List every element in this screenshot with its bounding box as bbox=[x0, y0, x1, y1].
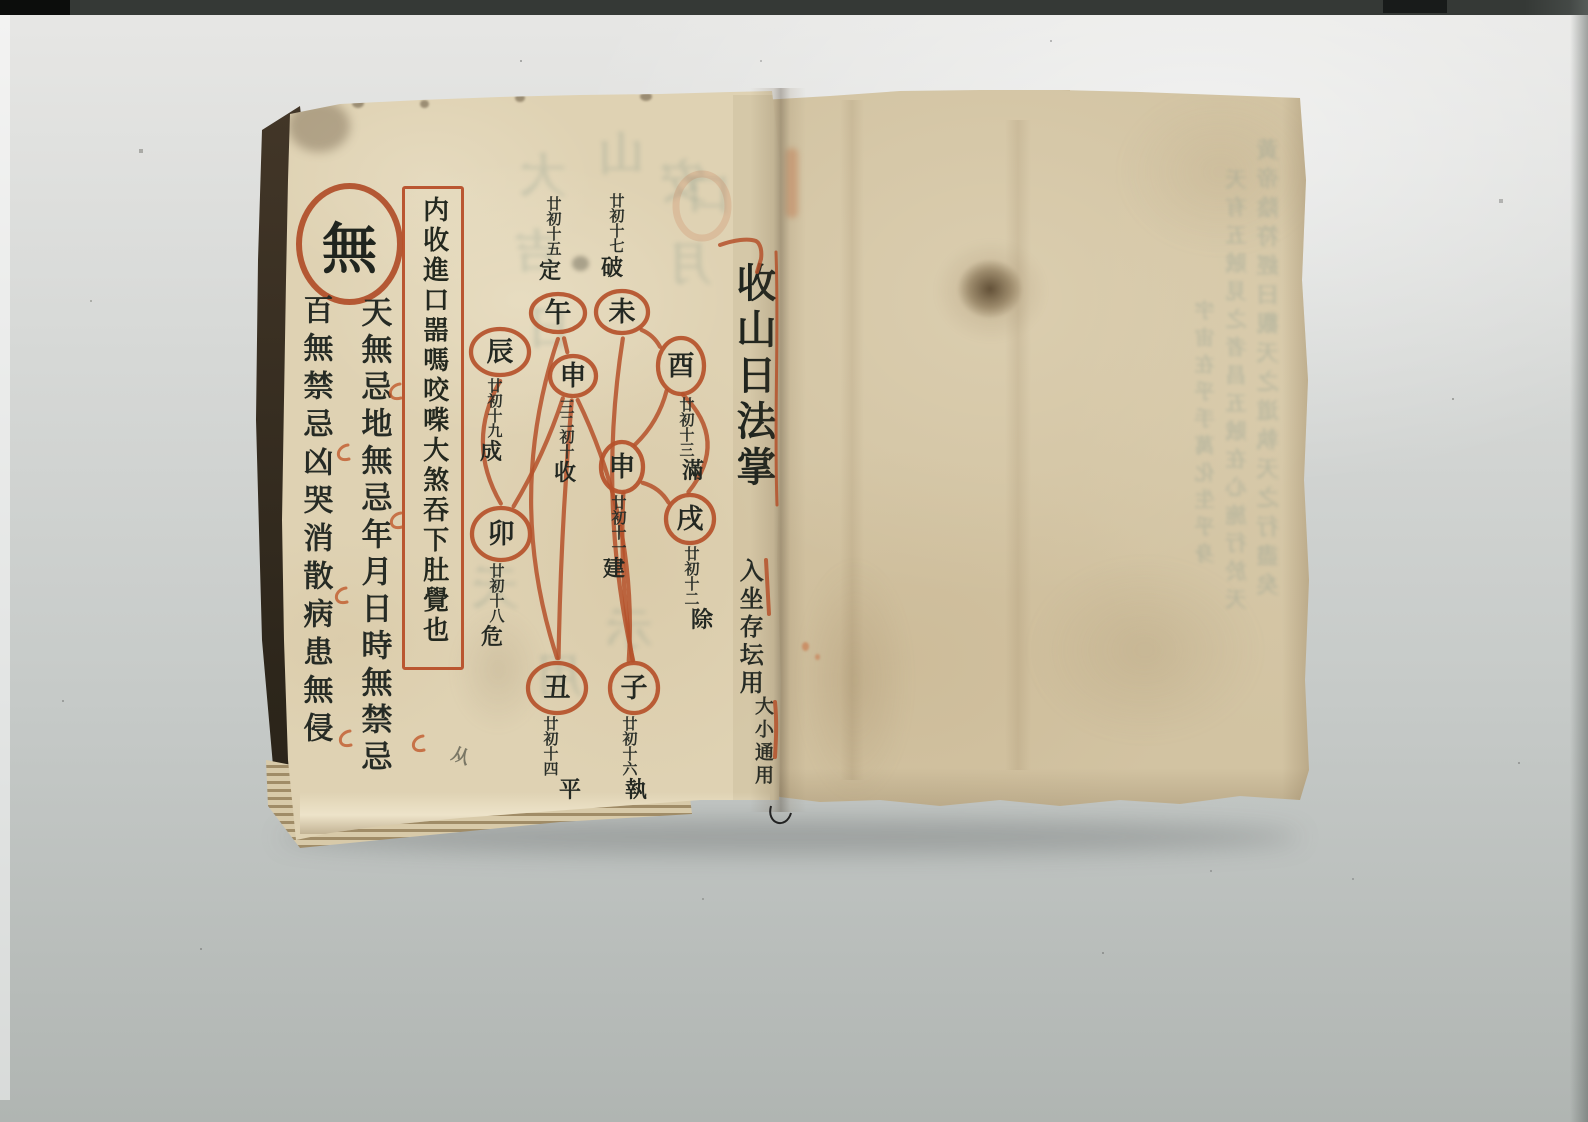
edge-spot bbox=[515, 94, 525, 102]
seal-circle: 無 bbox=[296, 183, 403, 305]
bleedthrough-column: 黃帝陰符經曰觀天之道執天之行盡矣 bbox=[1258, 138, 1281, 602]
scan-right-edge-shade bbox=[1570, 0, 1588, 1122]
bleedthrough-char: 大 bbox=[520, 140, 566, 206]
bleedthrough-column: 宇宙在乎手萬化生乎身 bbox=[1196, 300, 1217, 570]
stray-ink-mark: 从 bbox=[448, 740, 474, 771]
bleedthrough-char: 用 bbox=[536, 640, 582, 706]
dust-specks bbox=[0, 0, 2, 2]
bleedthrough-char: 月 bbox=[666, 228, 712, 294]
bleedthrough-char: 日 bbox=[526, 292, 572, 358]
bleedthrough-char: 示 bbox=[606, 594, 652, 660]
ink-smudge bbox=[572, 256, 589, 271]
paper-crease bbox=[840, 100, 864, 780]
scanner-top-band-blob bbox=[1383, 0, 1447, 13]
scan-left-edge-highlight bbox=[0, 15, 10, 1100]
book-gutter-shadow bbox=[750, 88, 806, 812]
edge-spot bbox=[640, 92, 652, 101]
bleedthrough-char: 山 bbox=[598, 118, 644, 184]
seal-character: 無 bbox=[322, 205, 377, 284]
bleedthrough-char: 口 bbox=[686, 158, 732, 224]
scanner-top-band bbox=[0, 0, 1588, 15]
edge-spot bbox=[420, 100, 429, 108]
bleedthrough-column: 天有五賊見之者昌五賊在心施行於天 bbox=[1226, 168, 1248, 616]
scan-background: 黃帝陰符經曰觀天之道執天之行盡矣天有五賊見之者昌五賊在心施行於天宇宙在乎手萬化生… bbox=[0, 0, 1588, 1122]
edge-spot bbox=[352, 98, 364, 108]
column-heaven-no-taboo: 天無忌地無忌年月日時無禁忌 bbox=[357, 296, 390, 777]
red-ink-dot bbox=[815, 654, 820, 660]
bleedthrough-char: 天 bbox=[472, 552, 518, 618]
page-bottom-shade bbox=[760, 768, 1310, 808]
boxed-column-text: 内收進口噐嗎咬喍大煞吞下肚覺也 bbox=[419, 196, 446, 646]
bleedthrough-char: 吉 bbox=[514, 216, 560, 282]
column-hundred-no-taboos: 百無禁忌凶哭消散病患無侵 bbox=[299, 294, 331, 750]
paper-crease bbox=[1005, 120, 1031, 770]
paper-blotch bbox=[452, 608, 544, 732]
page-fore-edge-shade bbox=[1282, 95, 1310, 807]
red-boxed-column: 内收進口噐嗎咬喍大煞吞下肚覺也 bbox=[402, 186, 464, 670]
